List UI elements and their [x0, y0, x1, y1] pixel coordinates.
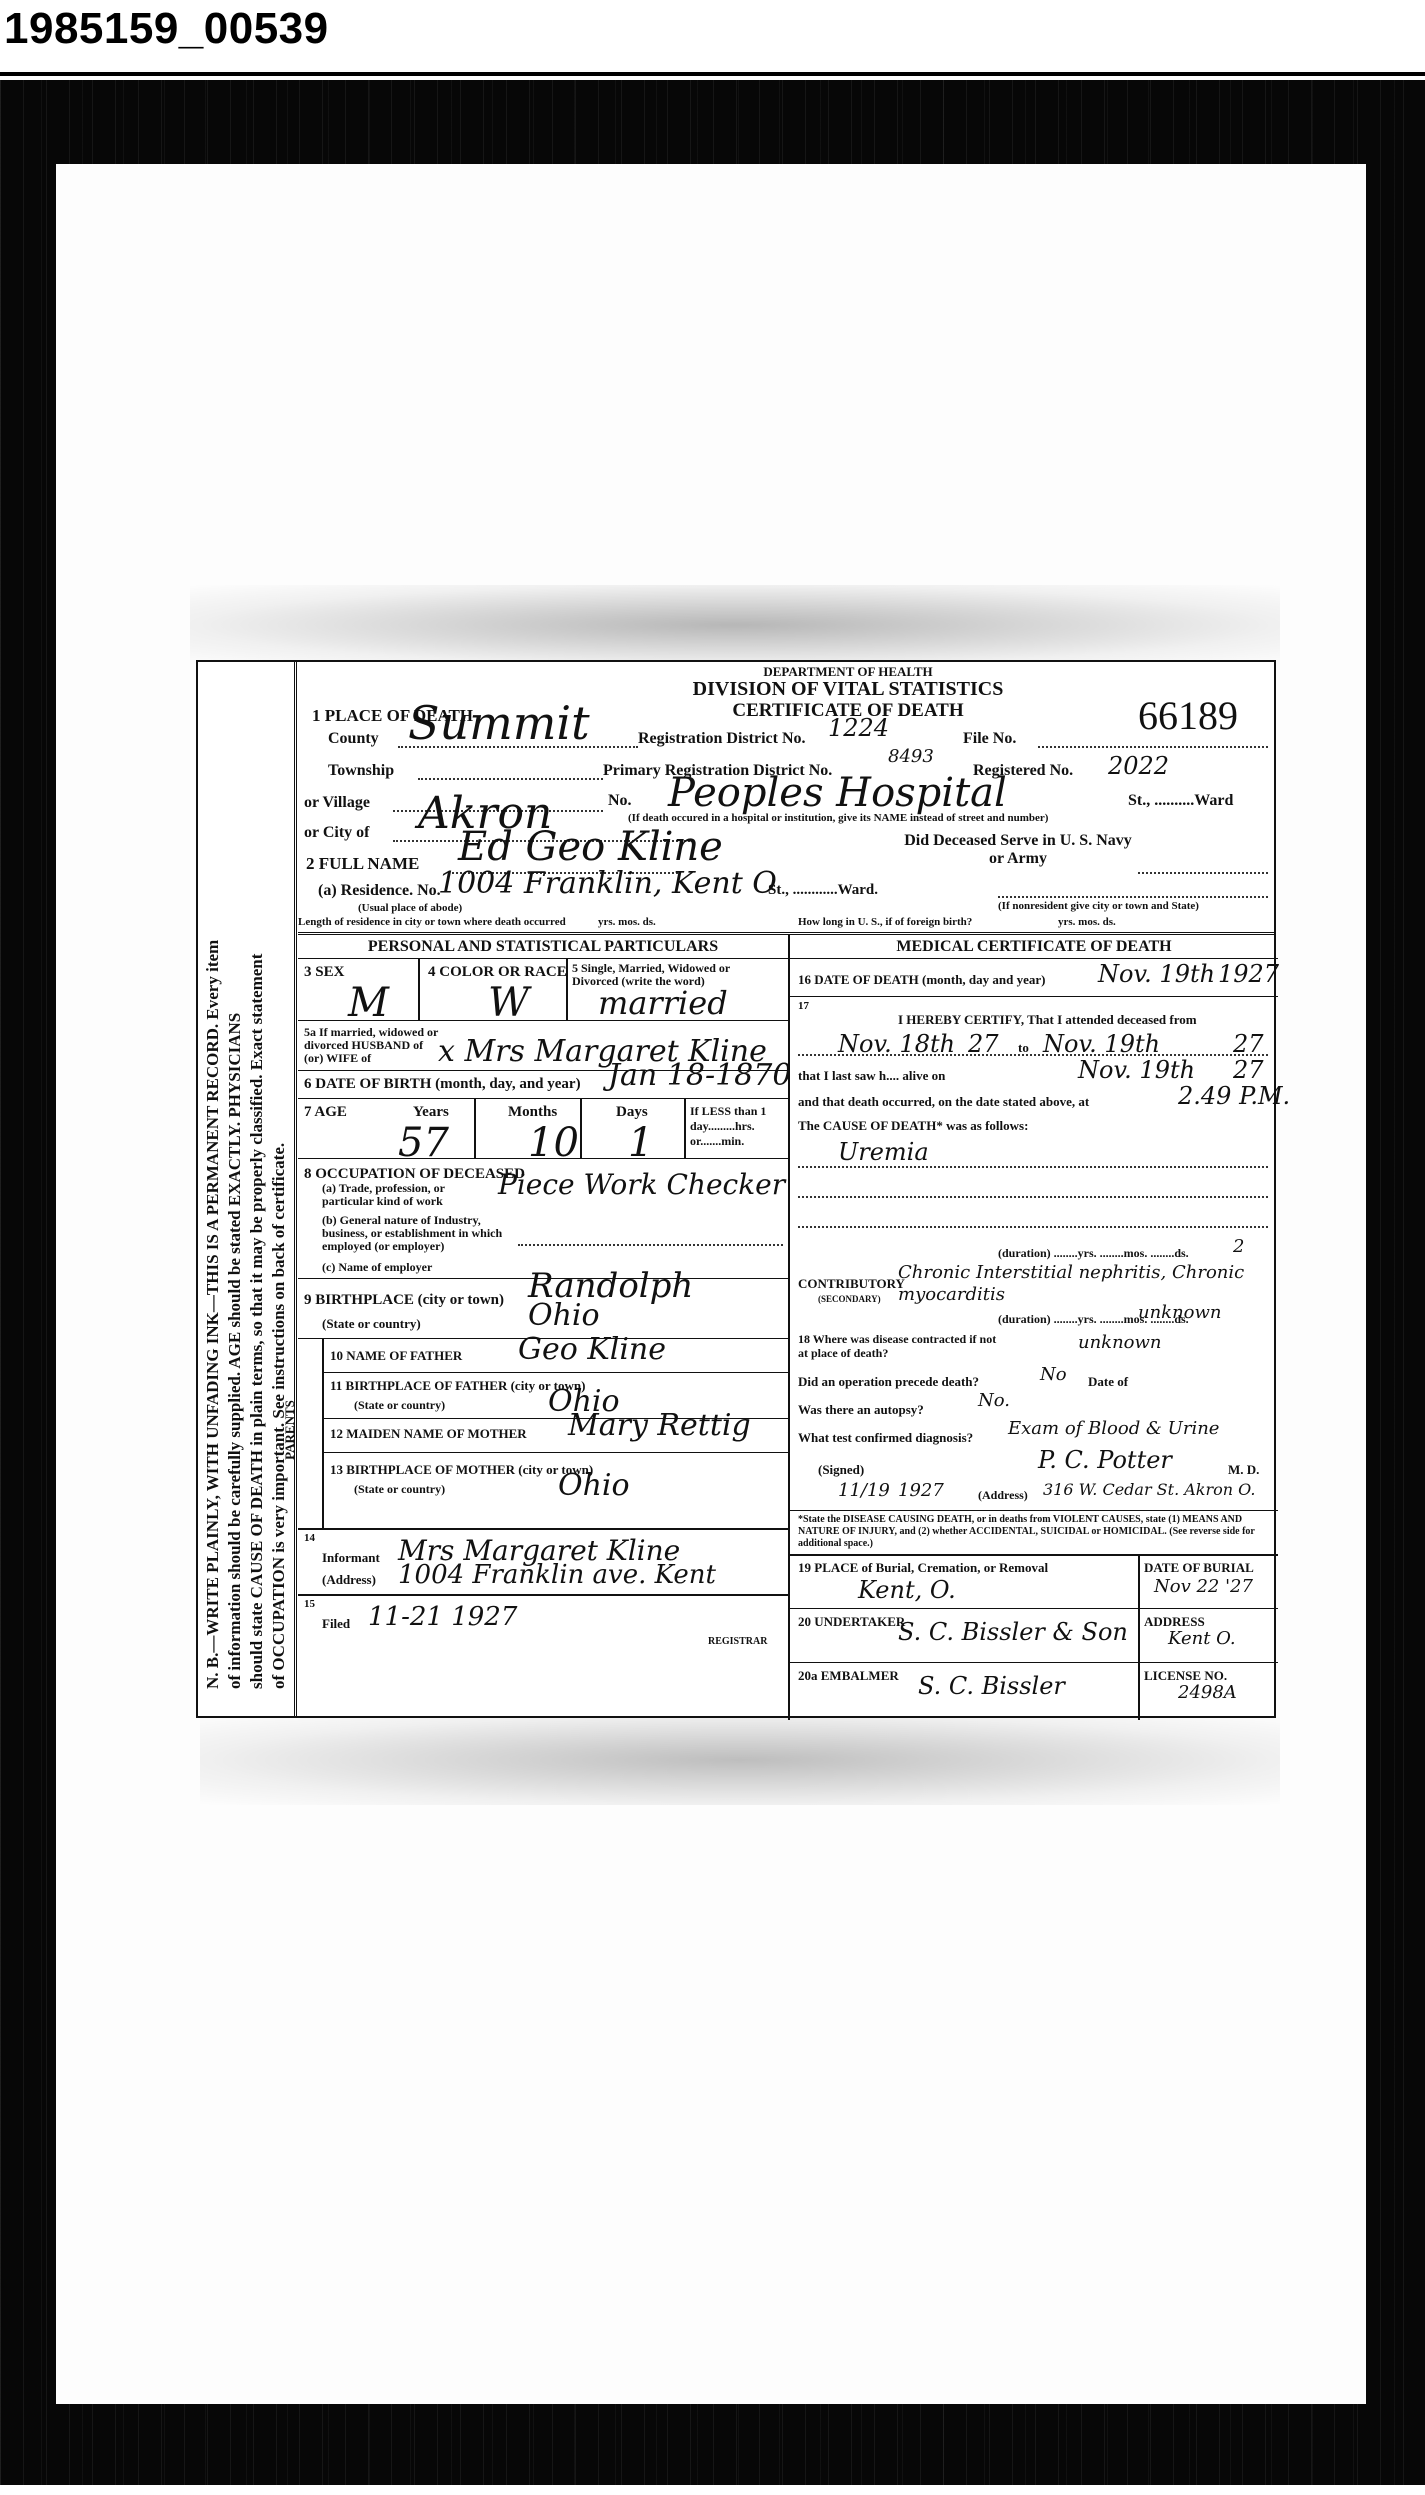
- to-label: to: [1018, 1040, 1029, 1056]
- informant-address-label: (Address): [322, 1572, 376, 1588]
- registrar-label: REGISTRAR: [708, 1636, 767, 1647]
- reg-district-value: 1224: [828, 714, 889, 742]
- division-label: DIVISION OF VITAL STATISTICS: [638, 678, 1058, 701]
- informant-label: Informant: [322, 1550, 380, 1566]
- sidebar-line: of information should be carefully suppl…: [224, 689, 246, 1689]
- sidebar-line: of OCCUPATION is very important. See ins…: [268, 689, 290, 1689]
- field-line: [518, 1244, 783, 1246]
- personal-header: PERSONAL AND STATISTICAL PARTICULARS: [298, 938, 788, 956]
- reg-district-label: Registration District No.: [638, 730, 806, 748]
- length-residence-label: Length of residence in city or town wher…: [298, 916, 566, 928]
- test-label: What test confirmed diagnosis?: [798, 1430, 973, 1446]
- how-long-us-label: How long in U. S., if of foreign birth?: [798, 916, 972, 928]
- dob-value: Jan 18-1870: [608, 1058, 791, 1093]
- signed-value: P. C. Potter: [1038, 1446, 1172, 1474]
- city-label: or City of: [304, 824, 369, 842]
- cause-duration-value: 2: [1233, 1236, 1244, 1257]
- no-label: No.: [608, 792, 632, 810]
- row-line: [298, 1528, 788, 1530]
- age-days-value: 1: [628, 1120, 653, 1166]
- attended-to-value: Nov. 19th: [1043, 1030, 1160, 1058]
- date-of-death-year: 1927: [1218, 960, 1279, 988]
- burial-date-label: DATE OF BURIAL: [1144, 1560, 1254, 1576]
- time-of-death-value: 2.49 P.M.: [1178, 1082, 1290, 1110]
- physician-address-value: 316 W. Cedar St. Akron O.: [1043, 1480, 1255, 1499]
- where-contracted-value: unknown: [1078, 1332, 1162, 1353]
- occupation-value: Piece Work Checker: [498, 1168, 785, 1201]
- spouse-label: 5a If married, widowed or divorced HUSBA…: [304, 1026, 444, 1065]
- st-ward2-label: St., ............Ward.: [768, 882, 878, 899]
- file-no-label: File No.: [963, 730, 1016, 748]
- county-label: County: [328, 730, 379, 748]
- title-divider: [0, 72, 1425, 76]
- marital-value: married: [598, 984, 728, 1022]
- parents-label: PARENTS: [282, 1400, 298, 1460]
- row-line: [790, 958, 1278, 959]
- signed-label: (Signed): [818, 1462, 864, 1478]
- operation-label: Did an operation precede death?: [798, 1374, 979, 1390]
- item15-label: 15: [304, 1598, 315, 1610]
- field-line: [998, 896, 1268, 898]
- field-line: [418, 778, 603, 780]
- nonresident-label: (If nonresident give city or town and St…: [998, 900, 1199, 912]
- contributory-duration-value: unknown: [1138, 1302, 1222, 1323]
- row-line: [298, 1594, 788, 1596]
- informant-address-value: 1004 Franklin ave. Kent: [398, 1560, 716, 1590]
- duration-label: (duration) ........yrs. ........mos. ...…: [998, 1246, 1189, 1261]
- months-label: Months: [508, 1104, 557, 1121]
- field-line: [798, 1196, 1268, 1198]
- physician-address-label: (Address): [978, 1488, 1028, 1503]
- row-line: [298, 1158, 788, 1159]
- row-line: [790, 996, 1278, 997]
- field-line: [1038, 746, 1268, 748]
- document-id: 1985159_00539: [4, 4, 329, 54]
- autopsy-value: No.: [978, 1390, 1010, 1411]
- father-name-value: Geo Kline: [518, 1332, 666, 1367]
- secondary-label: (SECONDARY): [818, 1294, 881, 1304]
- row-line: [322, 1452, 788, 1453]
- last-saw-value: Nov. 19th: [1078, 1056, 1195, 1084]
- dob-label: 6 DATE OF BIRTH (month, day, and year): [304, 1076, 581, 1093]
- filed-value: 11-21 1927: [368, 1602, 517, 1632]
- race-label: 4 COLOR OR RACE: [428, 964, 567, 981]
- undertaker-address-value: Kent O.: [1168, 1628, 1236, 1649]
- father-state-label: (State or country): [354, 1398, 445, 1413]
- date-of-death-label: 16 DATE OF DEATH (month, day and year): [798, 972, 1046, 988]
- md-label: M. D.: [1228, 1462, 1259, 1478]
- years-label: Years: [413, 1104, 449, 1121]
- operation-value: No: [1040, 1364, 1067, 1385]
- undertaker-value: S. C. Bissler & Son: [898, 1618, 1128, 1646]
- row-line: [790, 1510, 1278, 1511]
- item14-label: 14: [304, 1532, 315, 1544]
- sidebar-line: N. B.—WRITE PLAINLY, WITH UNFADING INK—T…: [202, 689, 224, 1689]
- yrs-mos-ds: yrs. mos. ds.: [598, 916, 656, 928]
- residence-value: 1004 Franklin, Kent O: [438, 866, 777, 901]
- date-of-label: Date of: [1088, 1374, 1128, 1390]
- signed-year-value: 1927: [898, 1480, 944, 1501]
- township-label: Township: [328, 762, 394, 780]
- row-line: [790, 1662, 1278, 1663]
- cell-divider: [580, 1098, 582, 1158]
- occupation-b-label: (b) General nature of Industry, business…: [322, 1214, 512, 1253]
- contributory-value: Chronic Interstitial nephritis, Chronic …: [898, 1262, 1278, 1306]
- row-line: [298, 1098, 788, 1099]
- yrs-mos-ds: yrs. mos. ds.: [1058, 916, 1116, 928]
- where-contracted-label: 18 Where was disease contracted if not a…: [798, 1332, 998, 1360]
- autopsy-label: Was there an autopsy?: [798, 1402, 924, 1418]
- field-line: [1138, 872, 1268, 874]
- title-bar: 1985159_00539: [0, 0, 1425, 72]
- burial-date-value: Nov 22 '27: [1154, 1576, 1253, 1597]
- scan-shadow: [200, 1715, 1280, 1805]
- cause-value: Uremia: [838, 1138, 929, 1166]
- scan-shadow: [190, 585, 1280, 665]
- cell-divider: [474, 1098, 476, 1158]
- full-name-label: 2 FULL NAME: [306, 854, 419, 874]
- residence-label: (a) Residence. No.: [318, 882, 441, 900]
- registered-no-value: 2022: [1108, 752, 1169, 780]
- hospital-value: Peoples Hospital: [668, 770, 1007, 816]
- age-months-value: 10: [528, 1120, 579, 1166]
- occupation-c-label: (c) Name of employer: [322, 1260, 432, 1275]
- filed-label: Filed: [322, 1616, 350, 1632]
- cell-divider: [418, 958, 420, 1020]
- less-than-day-label: If LESS than 1 day.........hrs. or......…: [690, 1104, 785, 1149]
- mother-maiden-label: 12 MAIDEN NAME OF MOTHER: [330, 1426, 527, 1442]
- st-ward-label: St., ..........Ward: [1128, 792, 1233, 810]
- undertaker-label: 20 UNDERTAKER: [798, 1614, 905, 1630]
- attended-from-year: 27: [968, 1030, 999, 1058]
- attended-from-value: Nov. 18th: [838, 1030, 955, 1058]
- age-years-value: 57: [398, 1120, 449, 1166]
- medical-header: MEDICAL CERTIFICATE OF DEATH: [790, 938, 1278, 956]
- burial-place-label: 19 PLACE of Burial, Cremation, or Remova…: [798, 1560, 1048, 1576]
- sex-label: 3 SEX: [304, 964, 344, 981]
- cause-label: The CAUSE OF DEATH* was as follows:: [798, 1118, 1028, 1134]
- last-saw-year: 27: [1233, 1056, 1264, 1084]
- cell-divider: [566, 958, 568, 1020]
- mother-state-label: (State or country): [354, 1482, 445, 1497]
- burial-place-value: Kent, O.: [858, 1576, 956, 1604]
- birthplace-state-label: (State or country): [322, 1316, 421, 1332]
- birthplace-state-value: Ohio: [528, 1298, 600, 1333]
- usual-place-label: (Usual place of abode): [358, 902, 462, 914]
- embalmer-label: 20a EMBALMER: [798, 1668, 899, 1684]
- item17-label: 17: [798, 1000, 809, 1012]
- bottom-rule: [0, 2485, 1425, 2489]
- row-line: [790, 1608, 1278, 1609]
- date-of-death-value: Nov. 19th: [1098, 960, 1215, 988]
- row-line: [298, 958, 788, 959]
- village-label: or Village: [304, 794, 370, 812]
- days-label: Days: [616, 1104, 648, 1121]
- row-line: [322, 1372, 788, 1373]
- certify-label: I HEREBY CERTIFY, That I attended deceas…: [898, 1012, 1197, 1028]
- father-name-label: 10 NAME OF FATHER: [330, 1348, 462, 1364]
- sidebar-line: should state CAUSE OF DEATH in plain ter…: [246, 689, 268, 1689]
- section-divider: [298, 932, 1274, 935]
- row-line: [298, 1020, 788, 1021]
- sidebar-note: N. B.—WRITE PLAINLY, WITH UNFADING INK—T…: [202, 689, 290, 1689]
- hospital-note: (If death occured in a hospital or insti…: [628, 812, 1048, 824]
- mother-birthplace-value: Ohio: [558, 1468, 630, 1503]
- instruction-sidebar: N. B.—WRITE PLAINLY, WITH UNFADING INK—T…: [198, 662, 297, 1716]
- embalmer-value: S. C. Bissler: [918, 1672, 1065, 1700]
- field-line: [798, 1166, 1268, 1168]
- column-divider: [788, 934, 790, 1720]
- parents-divider: [322, 1338, 324, 1528]
- birthplace-label: 9 BIRTHPLACE (city or town): [304, 1292, 504, 1309]
- death-certificate: N. B.—WRITE PLAINLY, WITH UNFADING INK—T…: [196, 660, 1276, 1718]
- navy-army-label: Did Deceased Serve in U. S. Navy or Army: [898, 832, 1138, 868]
- death-occurred-label: and that death occurred, on the date sta…: [798, 1094, 1089, 1110]
- cell-divider: [1138, 1554, 1140, 1720]
- row-line: [790, 1554, 1278, 1556]
- file-number: 66189: [1138, 692, 1238, 739]
- full-name-value: Ed Geo Kline: [458, 824, 723, 870]
- county-value: Summit: [408, 696, 590, 750]
- cell-divider: [684, 1098, 686, 1158]
- test-value: Exam of Blood & Urine: [1008, 1418, 1219, 1439]
- attended-to-year: 27: [1233, 1030, 1264, 1058]
- last-saw-label: that I last saw h.... alive on: [798, 1068, 945, 1084]
- occupation-a-label: (a) Trade, profession, or particular kin…: [322, 1182, 472, 1208]
- age-label: 7 AGE: [304, 1104, 347, 1121]
- primary-reg-value: 8493: [888, 746, 934, 767]
- mother-maiden-value: Mary Rettig: [568, 1408, 751, 1443]
- footnote: *State the DISEASE CAUSING DEATH, or in …: [798, 1514, 1268, 1550]
- certificate-form: DEPARTMENT OF HEALTH DIVISION OF VITAL S…: [298, 662, 1274, 1716]
- mother-birthplace-label: 13 BIRTHPLACE OF MOTHER (city or town): [330, 1462, 593, 1478]
- signed-date-value: 11/19: [838, 1480, 890, 1501]
- field-line: [798, 1226, 1268, 1228]
- contributory-label: CONTRIBUTORY: [798, 1276, 905, 1292]
- license-value: 2498A: [1178, 1682, 1237, 1703]
